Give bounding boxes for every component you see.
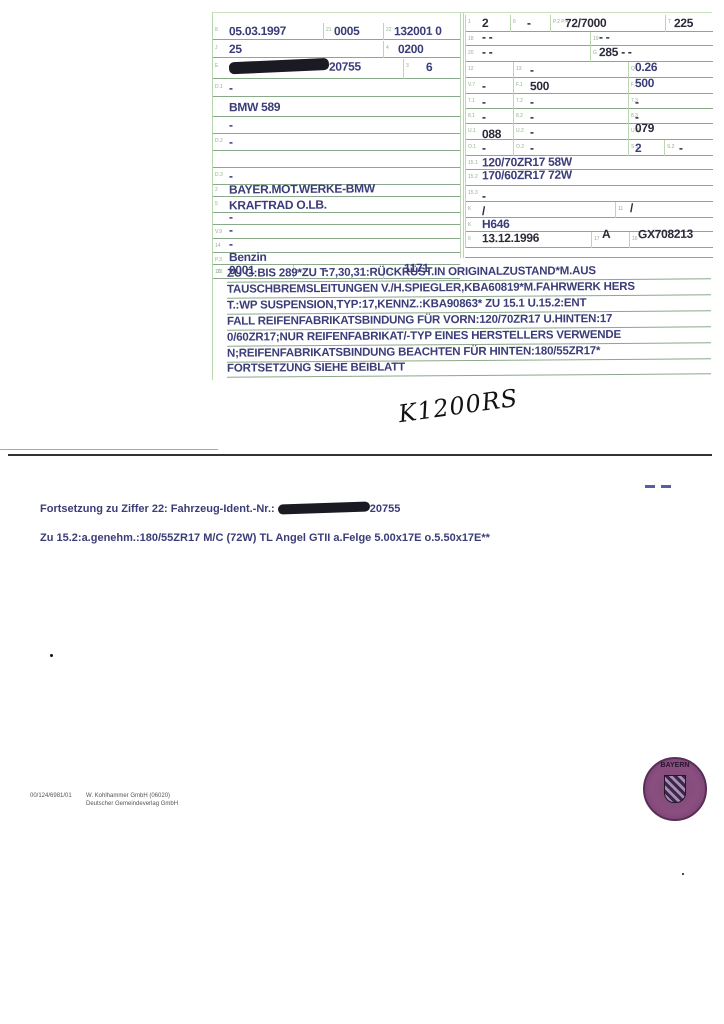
field-22: 132001 0 [394, 24, 442, 38]
publisher-line-2: Deutscher Gemeindeverlag GmbH [86, 800, 178, 808]
vehicle-id-number: 20755 [229, 59, 361, 74]
field-f1: 500 [530, 79, 549, 93]
field-11: / [630, 201, 633, 215]
field-4: 0200 [398, 42, 424, 56]
field-o2: - [530, 141, 534, 155]
form-row: U.1088 U.2- U.3079 [465, 124, 713, 140]
field-21: 0005 [334, 24, 360, 38]
field-20: - - [482, 45, 493, 59]
scan-speck [682, 873, 684, 875]
ink-marks: ▬▬ [645, 480, 677, 491]
field-j: 25 [229, 42, 242, 56]
field-18: - - [482, 30, 493, 44]
field-u1: 088 [482, 127, 501, 141]
redaction-mark [229, 58, 329, 74]
document-number: GX708213 [638, 227, 693, 241]
field-s2: - [679, 141, 683, 155]
form-row: BMW 589 [213, 95, 460, 117]
column-divider [460, 13, 464, 258]
official-stamp: BAYERN [643, 757, 707, 821]
rear-tire-size: 170/60ZR17 72W [482, 168, 572, 183]
form-footer: 00/124/6981/01 W. Kohlhammer GmbH (06020… [30, 792, 72, 800]
form-row: 15.2170/60ZR17 72W [465, 170, 713, 186]
vehicle-registration-form: 805.03.1997 210005 22132001 0 J25 40200 … [212, 12, 712, 380]
field-d3: - [229, 169, 233, 183]
form-row: 18- - 19- - [465, 32, 713, 46]
field-8-2: - [530, 110, 534, 124]
field-14: - [229, 237, 233, 251]
form-row: - [213, 117, 460, 134]
field-7-3: - [635, 95, 639, 109]
form-row: 20- - G285 - - [465, 46, 713, 62]
field-3: 6 [426, 60, 432, 74]
field-o1: - [482, 141, 486, 155]
form-row [213, 151, 460, 168]
field-g: 285 - - [599, 45, 632, 59]
field-value: - [229, 118, 233, 132]
field-value: - [229, 210, 233, 224]
field-u2: - [530, 125, 534, 139]
form-row: 12 13- Q0.26 [465, 62, 713, 78]
field-17: A [602, 227, 610, 241]
field-19: - - [599, 30, 610, 44]
form-row: 15.3- [465, 186, 713, 202]
publisher-line-1: W. Kohlhammer GmbH (06020) [86, 792, 178, 800]
registration-date: 05.03.1997 [229, 24, 286, 38]
manufacturer: BAYER.MOT.WERKE-BMW [229, 181, 375, 196]
coat-of-arms-icon [664, 775, 686, 803]
field-d1: - [229, 81, 233, 95]
field-6: - [527, 16, 531, 30]
handwritten-model-note: K1200RS [397, 384, 520, 429]
form-row: - [213, 213, 460, 225]
field-u3: 079 [635, 121, 654, 135]
top-speed: 225 [674, 16, 693, 30]
field-13: - [530, 63, 534, 77]
field-d2: - [229, 135, 233, 149]
form-row: 8.1- 8.2- 8.3- [465, 109, 713, 124]
form-row: V.9- [213, 225, 460, 239]
form-row: D.2- [213, 134, 460, 151]
continuation-line-1: Fortsetzung zu Ziffer 22: Fahrzeug-Ident… [40, 503, 400, 515]
continuation-line-2: Zu 15.2:a.genehm.:180/55ZR17 M/C (72W) T… [40, 532, 490, 544]
field-f2: 500 [635, 76, 654, 90]
field-7-2: - [530, 95, 534, 109]
field-q: 0.26 [635, 60, 657, 74]
form-row: 5KRAFTRAD O.LB. [213, 197, 460, 213]
form-row: 7.1- 7.2- 7.3- [465, 94, 713, 109]
field-15-3: - [482, 189, 486, 203]
field-7-1: - [482, 95, 486, 109]
form-row: O.1- O.2- S.12 S.2- [465, 140, 713, 156]
form-row: J25 40200 [213, 41, 460, 58]
form-row [465, 248, 713, 258]
field-k: / [482, 204, 485, 218]
scan-speck [50, 654, 53, 657]
redaction-mark [278, 501, 370, 514]
form-row: V.7- F.1500 F.2500 [465, 78, 713, 94]
page-edge-line [0, 449, 218, 450]
form-row: 805.03.1997 210005 22132001 0 [213, 23, 460, 40]
vehicle-type: KRAFTRAD O.LB. [229, 198, 327, 213]
form-code: 00/124/6981/01 [30, 792, 72, 800]
field-v9: - [229, 223, 233, 237]
issue-date: 13.12.1996 [482, 231, 539, 245]
field-v7: - [482, 79, 486, 93]
form-row: 613.12.1996 17A 16GX708213 [465, 232, 713, 248]
page-divider [8, 454, 712, 456]
form-row: E20755 36 [213, 59, 460, 79]
field-8-1: - [482, 110, 486, 124]
type-code: H646 [482, 217, 510, 231]
field-s1: 2 [635, 141, 641, 155]
form-row: 2BAYER.MOT.WERKE-BMW [213, 183, 460, 197]
field-1: 2 [482, 16, 488, 30]
power-rpm: 72/7000 [565, 16, 606, 30]
form-row: K/ 11/ [465, 202, 713, 218]
vehicle-model: BMW 589 [229, 100, 280, 114]
remarks-line: FORTSETZUNG SIEHE BEIBLATT [227, 359, 711, 377]
form-row: 12 6- P.2 P.472/7000 T225 [465, 15, 713, 32]
